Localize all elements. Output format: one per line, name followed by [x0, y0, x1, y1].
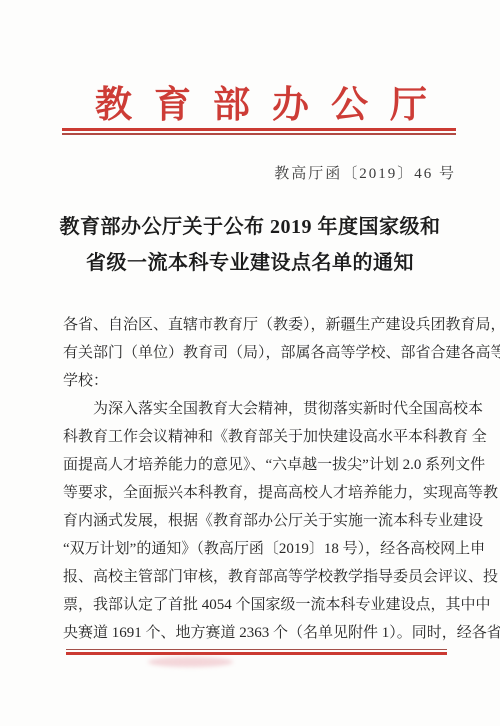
body-text-line: 报、高校主管部门审核，教育部高等学校教学指导委员会评议、投 [63, 563, 456, 591]
body-text-line: “双万计划”的通知》（教高厅函〔2019〕18 号），经各高校网上申 [63, 535, 456, 563]
body-text-line: 面提高人才培养能力的意见》、“六卓越一拔尖”计划 2.0 系列文件 [63, 451, 456, 479]
letterhead-divider [62, 128, 456, 135]
document-body: 各省、自治区、直辖市教育厅（教委），新疆生产建设兵团教育局， 有关部门（单位）教… [63, 311, 456, 647]
body-text-line: 等要求，全面振兴本科教育，提高高校人才培养能力，实现高等教 [63, 479, 456, 507]
scan-smudge [148, 657, 233, 667]
letterhead-title: 教育部办公厅 [0, 74, 500, 128]
notice-title-line1: 教育部办公厅关于公布 2019 年度国家级和 [53, 209, 447, 245]
body-text-line: 科教育工作会议精神和《教育部关于加快建设高水平本科教育 全 [63, 423, 456, 451]
notice-title: 教育部办公厅关于公布 2019 年度国家级和 省级一流本科专业建设点名单的通知 [53, 209, 447, 281]
body-text-line: 票，我部认定了首批 4054 个国家级一流本科专业建设点，其中中 [63, 591, 456, 619]
salutation-line: 学校： [63, 367, 456, 395]
salutation-line: 各省、自治区、直辖市教育厅（教委），新疆生产建设兵团教育局， [63, 311, 456, 339]
document-number: 教高厅函〔2019〕46 号 [274, 162, 456, 183]
body-text-line: 育内涵式发展，根据《教育部办公厅关于实施一流本科专业建设 [63, 507, 456, 535]
document-page: 教育部办公厅 教高厅函〔2019〕46 号 教育部办公厅关于公布 2019 年度… [0, 0, 500, 726]
footer-divider [66, 649, 447, 655]
notice-title-line2: 省级一流本科专业建设点名单的通知 [53, 245, 447, 281]
body-text-line: 央赛道 1691 个、地方赛道 2363 个（名单见附件 1）。同时，经各省 [63, 619, 456, 647]
body-text-line: 为深入落实全国教育大会精神，贯彻落实新时代全国高校本 [63, 395, 456, 423]
salutation-line: 有关部门（单位）教育司（局），部属各高等学校、部省合建各高等 [63, 339, 456, 367]
